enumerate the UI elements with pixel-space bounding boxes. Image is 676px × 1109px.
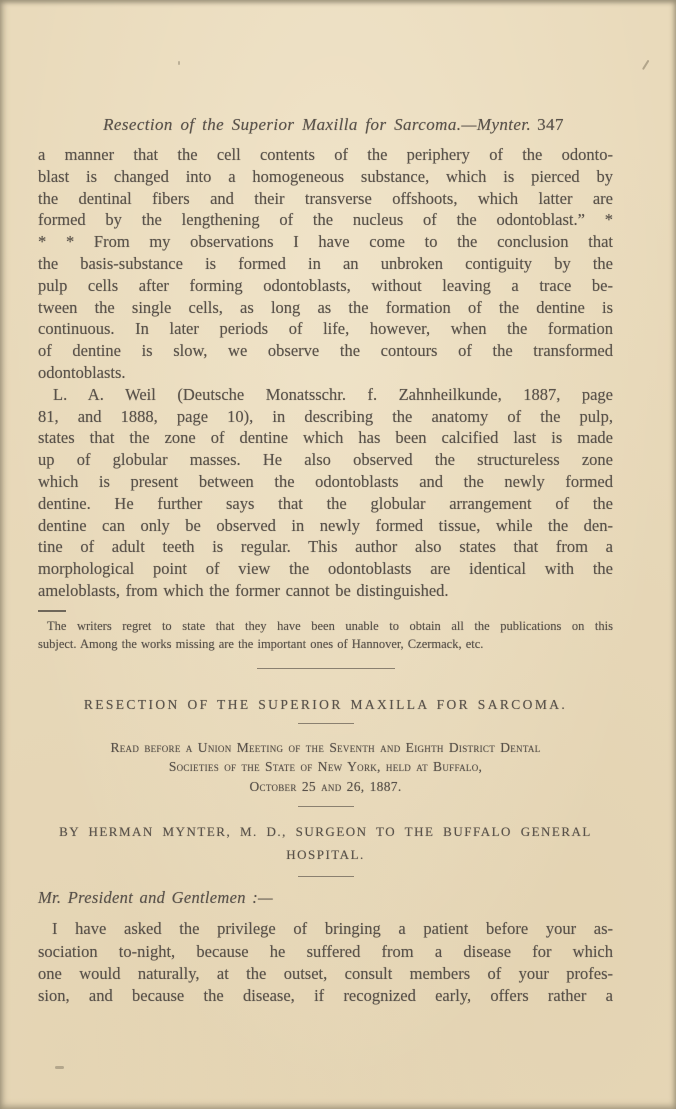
body-text-line: the basis-substance is formed in an unbr… bbox=[38, 253, 613, 275]
title-underline-rule bbox=[298, 723, 354, 724]
body-text-line: which is present between the odontoblast… bbox=[38, 471, 613, 493]
scanned-page: Resection of the Superior Maxilla for Sa… bbox=[0, 0, 676, 1109]
body-text-line: of dentine is slow, we observe the conto… bbox=[38, 340, 613, 362]
byline-line: BY HERMAN MYNTER, M. D., SURGEON TO THE … bbox=[38, 820, 613, 843]
body-text-line: tween the single cells, as long as the f… bbox=[38, 297, 613, 319]
scan-artifact-slash bbox=[642, 60, 649, 70]
body-text-line: up of globular masses. He also observed … bbox=[38, 449, 613, 471]
body-text-line: states that the zone of dentine which ha… bbox=[38, 427, 613, 449]
read-before-rule bbox=[298, 806, 354, 807]
footnote-separator-rule bbox=[38, 610, 66, 612]
page-number: 347 bbox=[531, 115, 564, 134]
footnote-line: The writers regret to state that they ha… bbox=[38, 617, 613, 636]
body-text-line: * * From my observations I have come to … bbox=[38, 231, 613, 253]
scan-artifact-dash bbox=[55, 1066, 64, 1069]
body-text-line: ameloblasts, from which the former canno… bbox=[38, 580, 613, 602]
footnote-line: subject. Among the works missing are the… bbox=[38, 635, 613, 654]
body-text-line: odontoblasts. bbox=[38, 362, 613, 384]
opening-paragraph: I have asked the privilege of bringing a… bbox=[38, 918, 613, 1008]
body-text-line: dentine can only be observed in newly fo… bbox=[38, 515, 613, 537]
body-text-line: the dentinal fibers and their transverse… bbox=[38, 188, 613, 210]
byline-line: HOSPITAL. bbox=[38, 843, 613, 866]
running-head: Resection of the Superior Maxilla for Sa… bbox=[38, 114, 613, 136]
body-text-line: continuous. In later periods of life, ho… bbox=[38, 318, 613, 340]
body-text-line: I have asked the privilege of bringing a… bbox=[38, 918, 613, 940]
read-before-note: Read before a Union Meeting of the Seven… bbox=[38, 738, 613, 797]
body-text-line: tine of adult teeth is regular. This aut… bbox=[38, 536, 613, 558]
body-text-line: 81, and 1888, page 10), in describing th… bbox=[38, 406, 613, 428]
running-head-title: Resection of the Superior Maxilla for Sa… bbox=[103, 115, 531, 134]
read-before-line: October 25 and 26, 1887. bbox=[38, 777, 613, 797]
body-text-line: dentine. He further says that the globul… bbox=[38, 493, 613, 515]
section-divider-rule bbox=[257, 668, 395, 669]
body-text-line: formed by the lengthening of the nucleus… bbox=[38, 209, 613, 231]
read-before-line: Societies of the State of New York, held… bbox=[38, 757, 613, 777]
body-text-line: blast is changed into a homogeneous subs… bbox=[38, 166, 613, 188]
salutation: Mr. President and Gentlemen :— bbox=[38, 888, 613, 908]
footnote: The writers regret to state that they ha… bbox=[38, 617, 613, 654]
body-text-line: L. A. Weil (Deutsche Monatsschr. f. Zahn… bbox=[38, 384, 613, 406]
body-paragraph-2: L. A. Weil (Deutsche Monatsschr. f. Zahn… bbox=[38, 384, 613, 602]
section-title: RESECTION OF THE SUPERIOR MAXILLA FOR SA… bbox=[38, 697, 613, 713]
body-text-line: a manner that the cell contents of the p… bbox=[38, 144, 613, 166]
body-text-line: pulp cells after forming odontoblasts, w… bbox=[38, 275, 613, 297]
body-paragraph-1: a manner that the cell contents of the p… bbox=[38, 144, 613, 384]
body-text-line: sociation to-night, because he suffered … bbox=[38, 941, 613, 963]
scan-artifact-speck bbox=[178, 61, 180, 65]
body-text-line: sion, and because the disease, if recogn… bbox=[38, 985, 613, 1007]
body-text-line: morphological point of view the odontobl… bbox=[38, 558, 613, 580]
read-before-line: Read before a Union Meeting of the Seven… bbox=[38, 738, 613, 758]
author-byline: BY HERMAN MYNTER, M. D., SURGEON TO THE … bbox=[38, 820, 613, 866]
body-text-line: one would naturally, at the outset, cons… bbox=[38, 963, 613, 985]
byline-rule bbox=[298, 876, 354, 877]
